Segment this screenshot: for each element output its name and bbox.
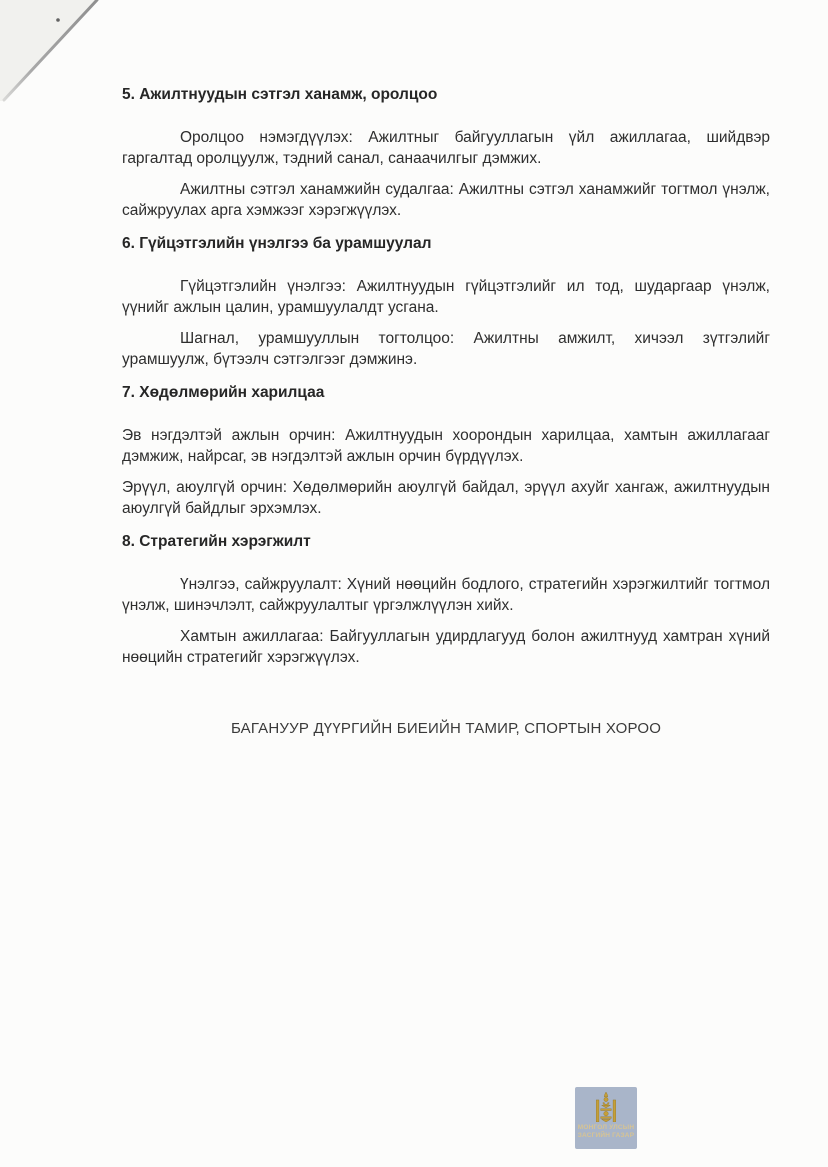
section-heading: 8. Стратегийн хэрэгжилт [122,531,770,552]
corner-fold-artifact [0,0,140,140]
section-6: 6. Гүйцэтгэлийн үнэлгээ ба урамшуулал Гү… [122,233,770,370]
paragraph: Ажилтны сэтгэл ханамжийн судалгаа: Ажилт… [122,179,770,221]
paragraph: Эрүүл, аюулгүй орчин: Хөдөлмөрийн аюулгү… [122,477,770,519]
document-body: 5. Ажилтнуудын сэтгэл ханамж, оролцоо Ор… [122,84,770,739]
paragraph: Эв нэгдэлтэй ажлын орчин: Ажилтнуудын хо… [122,425,770,467]
section-heading: 7. Хөдөлмөрийн харилцаа [122,382,770,403]
paragraph: Хамтын ажиллагаа: Байгууллагын удирдлагу… [122,626,770,668]
soyombo-icon [595,1092,617,1122]
section-5: 5. Ажилтнуудын сэтгэл ханамж, оролцоо Ор… [122,84,770,221]
organization-title: БАГАНУУР ДҮҮРГИЙН БИЕИЙН ТАМИР, СПОРТЫН … [122,718,770,739]
logo-caption-line1: МОНГОЛ УЛСЫН [578,1124,635,1132]
section-heading: 6. Гүйцэтгэлийн үнэлгээ ба урамшуулал [122,233,770,254]
paragraph: Оролцоо нэмэгдүүлэх: Ажилтныг байгууллаг… [122,127,770,169]
scanned-document-page: 5. Ажилтнуудын сэтгэл ханамж, оролцоо Ор… [0,0,828,1167]
paragraph: Шагнал, урамшууллын тогтолцоо: Ажилтны а… [122,328,770,370]
section-heading: 5. Ажилтнуудын сэтгэл ханамж, оролцоо [122,84,770,105]
logo-caption: МОНГОЛ УЛСЫН ЗАСГИЙН ГАЗАР [578,1124,635,1139]
paragraph: Үнэлгээ, сайжруулалт: Хүний нөөцийн бодл… [122,574,770,616]
section-7: 7. Хөдөлмөрийн харилцаа Эв нэгдэлтэй ажл… [122,382,770,519]
logo-caption-line2: ЗАСГИЙН ГАЗАР [578,1132,635,1140]
government-logo: МОНГОЛ УЛСЫН ЗАСГИЙН ГАЗАР [575,1087,637,1149]
section-8: 8. Стратегийн хэрэгжилт Үнэлгээ, сайжруу… [122,531,770,668]
paragraph: Гүйцэтгэлийн үнэлгээ: Ажилтнуудын гүйцэт… [122,276,770,318]
